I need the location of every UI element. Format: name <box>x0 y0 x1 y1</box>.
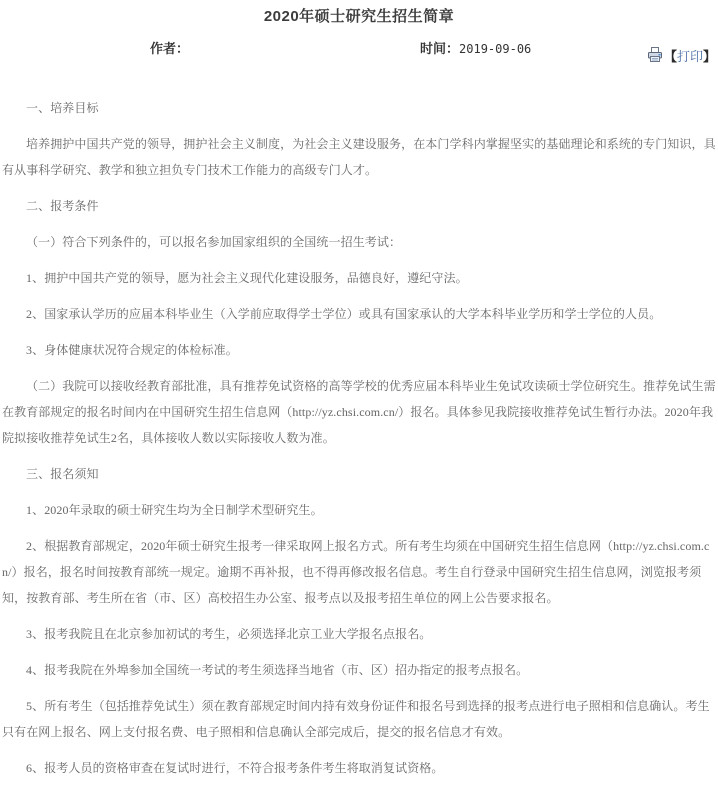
printer-icon <box>647 47 664 63</box>
paragraph: 3、报考我院且在北京参加初试的考生，必须选择北京工业大学报名点报名。 <box>2 621 716 647</box>
paragraph: 三、报名须知 <box>2 461 716 487</box>
paragraph: 培养拥护中国共产党的领导，拥护社会主义制度，为社会主义建设服务，在本门学科内掌握… <box>2 131 716 183</box>
paragraph: 3、身体健康状况符合规定的体检标准。 <box>2 337 716 363</box>
time-value: 2019-09-06 <box>459 42 531 56</box>
paragraph: 6、报考人员的资格审查在复试时进行，不符合报考条件考生将取消复试资格。 <box>2 755 716 781</box>
page-title: 2020年硕士研究生招生简章 <box>2 5 716 26</box>
paragraph: 1、拥护中国共产党的领导，愿为社会主义现代化建设服务，品德良好，遵纪守法。 <box>2 265 716 291</box>
paragraph: （一）符合下列条件的，可以报名参加国家组织的全国统一招生考试： <box>2 229 716 255</box>
article-header: 2020年硕士研究生招生简章 作者： 时间：2019-09-06 【打印】 <box>2 0 716 85</box>
print-button[interactable]: 【打印】 <box>647 46 716 64</box>
paragraph: 2、根据教育部规定，2020年硕士研究生报考一律采取网上报名方式。所有考生均须在… <box>2 533 716 611</box>
paragraph: 5、所有考生（包括推荐免试生）须在教育部规定时间内持有效身份证件和报名号到选择的… <box>2 693 716 745</box>
paragraph: 1、2020年录取的硕士研究生均为全日制学术型研究生。 <box>2 497 716 523</box>
print-bracket-close: 】 <box>703 46 716 65</box>
paragraph: 4、报考我院在外埠参加全国统一考试的考生须选择当地省（市、区）招办指定的报考点报… <box>2 657 716 683</box>
time-field: 时间：2019-09-06 <box>420 38 531 57</box>
author-field: 作者： <box>150 38 189 57</box>
article-body: 一、培养目标培养拥护中国共产党的领导，拥护社会主义制度，为社会主义建设服务，在本… <box>2 95 716 781</box>
print-link-label[interactable]: 打印 <box>677 46 703 65</box>
author-label: 作者： <box>150 41 189 56</box>
paragraph: 一、培养目标 <box>2 95 716 121</box>
meta-row: 作者： 时间：2019-09-06 <box>2 38 716 56</box>
paragraph: 2、国家承认学历的应届本科毕业生（入学前应取得学士学位）或具有国家承认的大学本科… <box>2 301 716 327</box>
article-page: 2020年硕士研究生招生简章 作者： 时间：2019-09-06 【打印】 一、… <box>0 0 718 781</box>
print-bracket-open: 【 <box>664 46 677 65</box>
time-label: 时间： <box>420 41 459 56</box>
paragraph: （二）我院可以接收经教育部批准，具有推荐免试资格的高等学校的优秀应届本科毕业生免… <box>2 373 716 451</box>
paragraph: 二、报考条件 <box>2 193 716 219</box>
